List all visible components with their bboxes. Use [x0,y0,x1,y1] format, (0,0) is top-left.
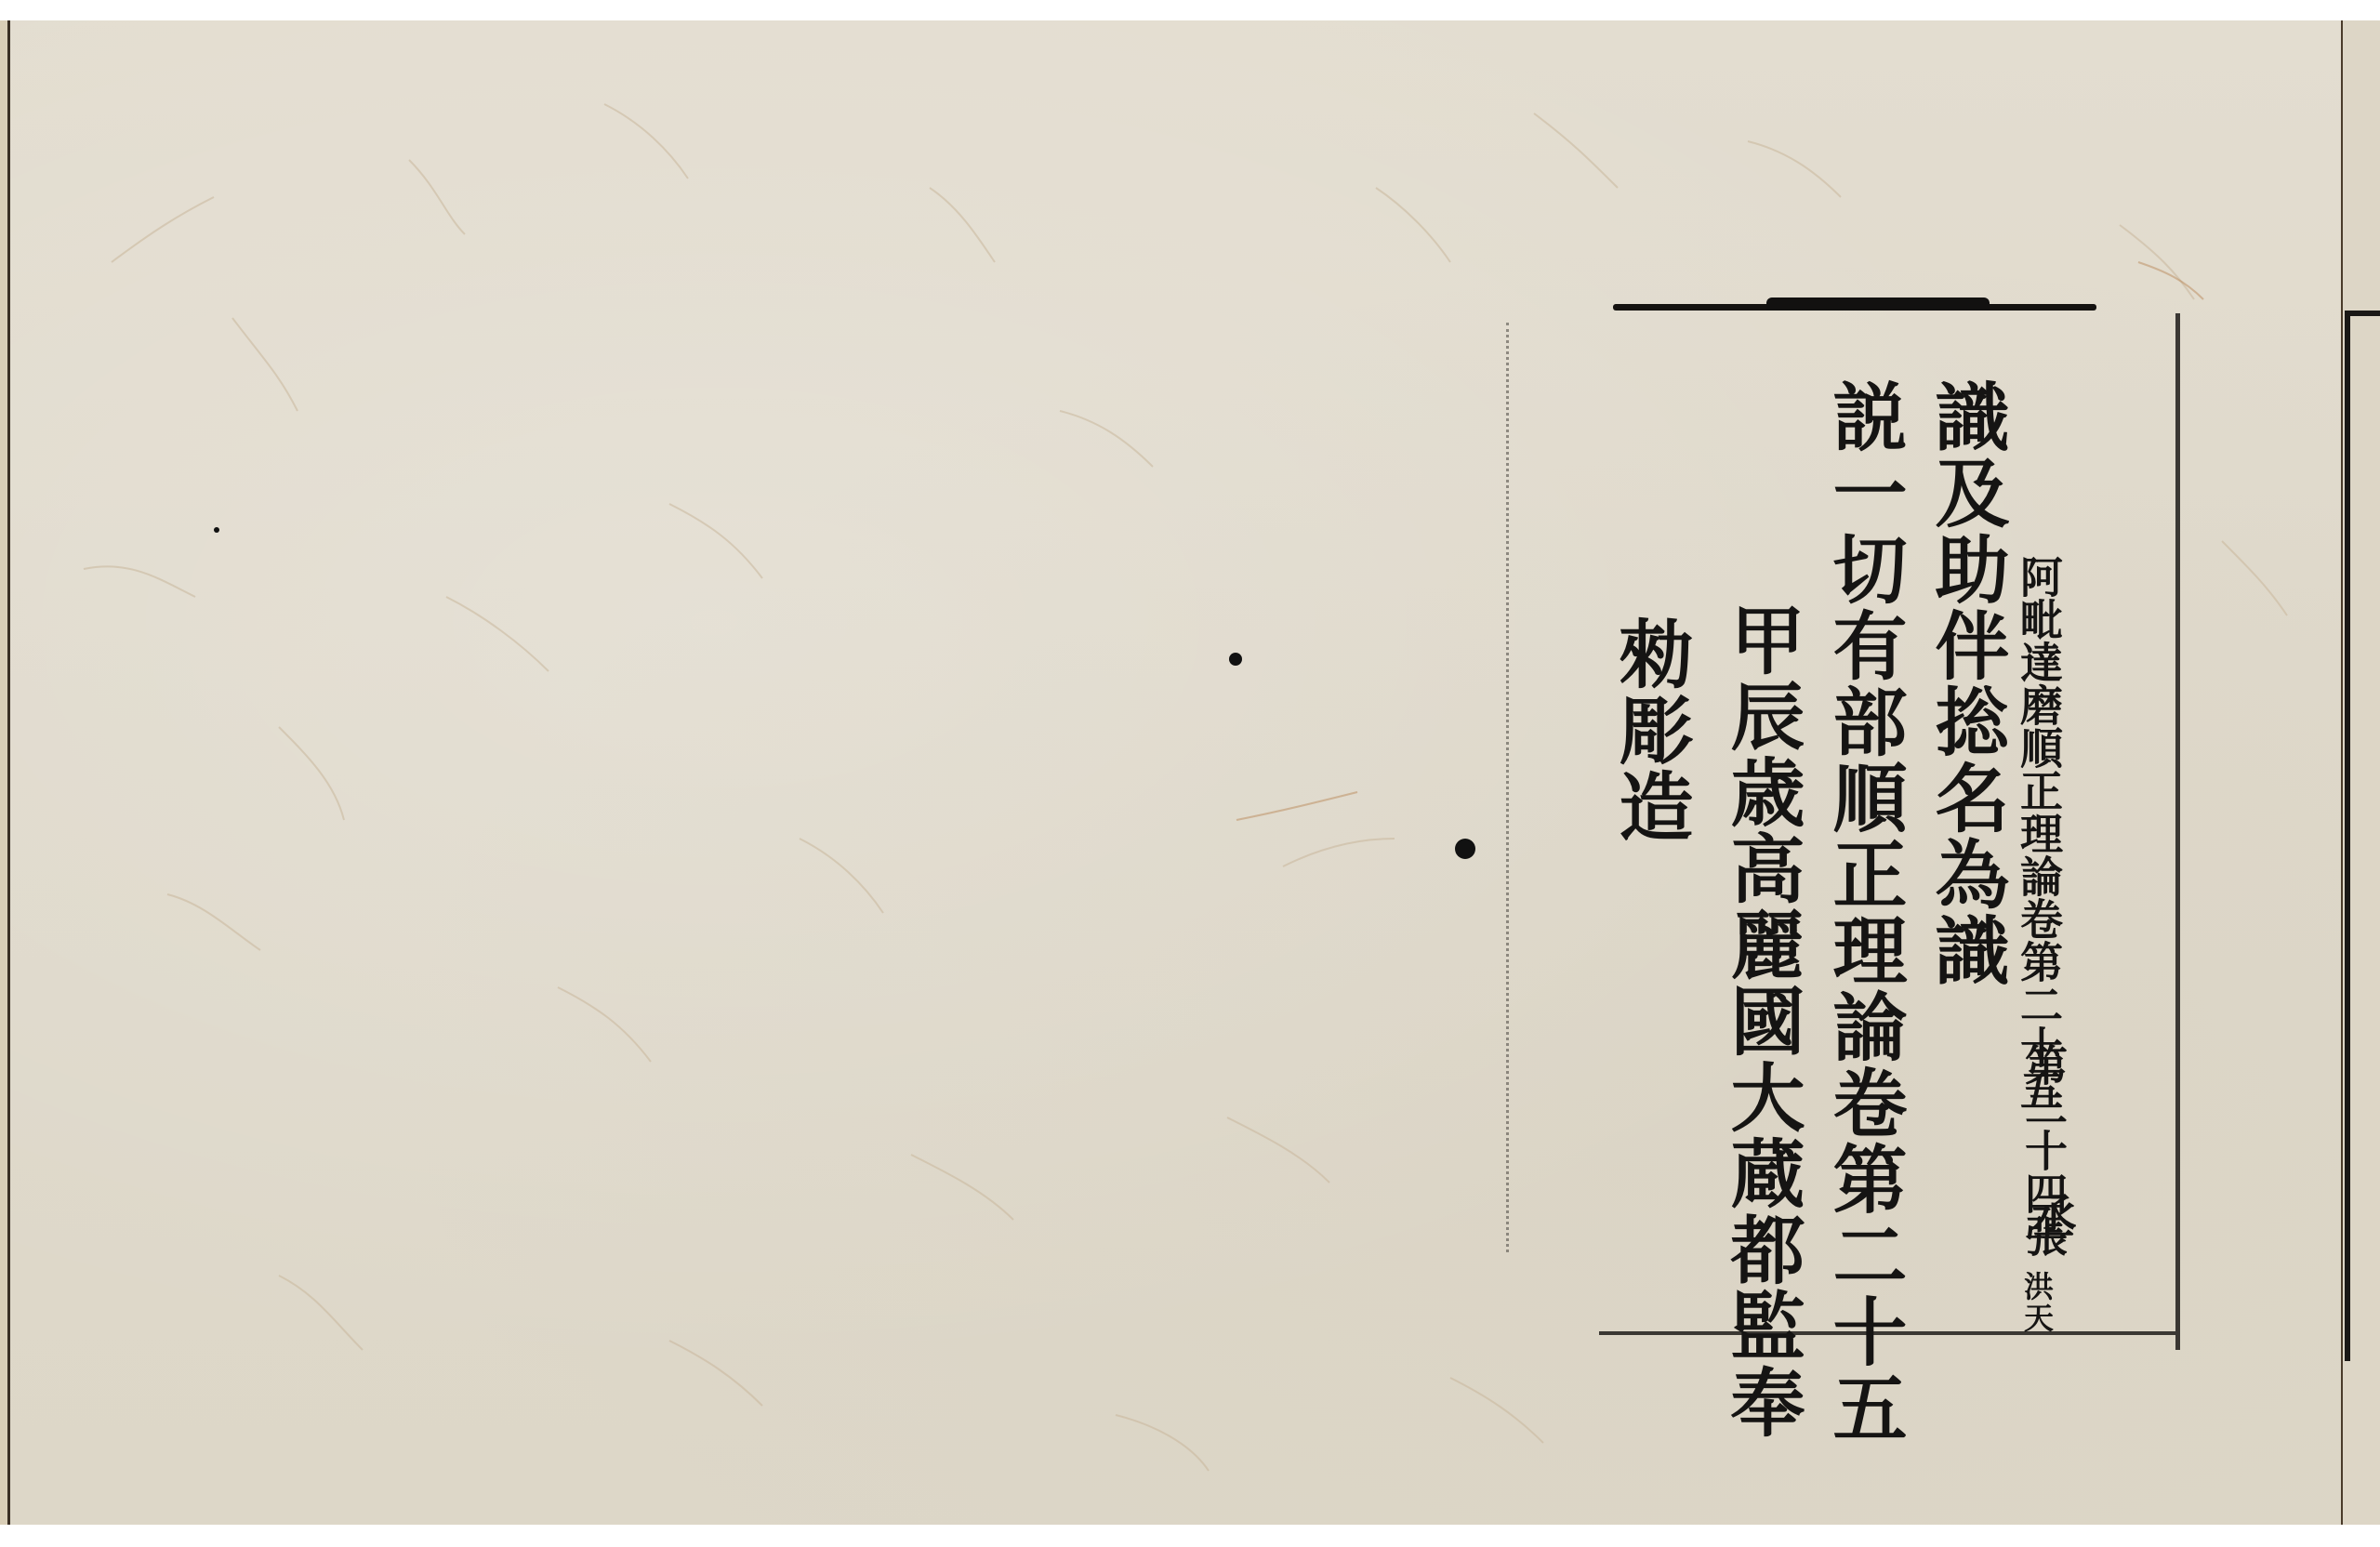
colophon-frame-right-rule [2175,313,2180,1350]
margin-carver-name: 洪天 [2022,1271,2052,1334]
next-page-border-left [2345,311,2350,1361]
colophon-column-2: 勑彫造 [1613,615,1687,844]
ink-spot [1229,653,1242,666]
document-page: 識及助伴捴名為識 説一切有部順正理論卷第二十五 甲辰歳高麗國大蔵都監奉 勑彫造 … [0,20,2380,1525]
ink-spot [1455,839,1475,859]
colophon-frame-faint-line [1506,323,1509,1252]
colophon-frame-top-ink [1766,297,1990,311]
text-column-1: 識及助伴捴名為識 [1929,378,2003,988]
margin-mark: 丞 [2027,1192,2073,1240]
colophon-column-1: 甲辰歳高麗國大蔵都監奉 [1725,602,1799,1440]
text-column-2: 説一切有部順正理論卷第二十五 [1827,378,1901,1446]
right-fold-line [2341,20,2343,1525]
left-fold-line [7,20,10,1525]
margin-title: 阿毗達磨順正理論卷第二十五 [2017,555,2060,1111]
left-page-edge [0,20,7,1525]
ink-spot [214,527,219,533]
